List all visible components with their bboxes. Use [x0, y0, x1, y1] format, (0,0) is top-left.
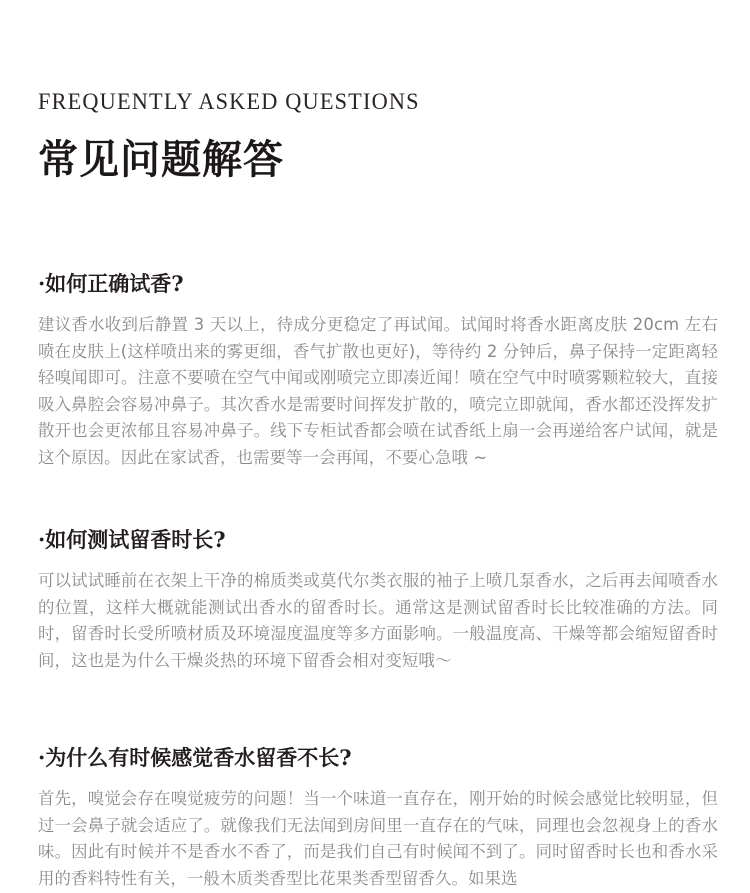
faq-item-how-to-test-scent: ·如何正确试香? 建议香水收到后静置 3 天以上，待成分更稳定了再试闻。试闻时将… — [38, 270, 718, 472]
faq-answer: 可以试试睡前在衣架上干净的棉质类或莫代尔类衣服的袖子上喷几泵香水，之后再去闻喷香… — [38, 568, 718, 674]
faq-question: ·如何正确试香? — [38, 270, 718, 298]
page-title: 常见问题解答 — [38, 136, 284, 184]
faq-question: ·如何测试留香时长? — [38, 526, 718, 554]
faq-answer: 建议香水收到后静置 3 天以上，待成分更稳定了再试闻。试闻时将香水距离皮肤 20… — [38, 312, 718, 472]
faq-page: FREQUENTLY ASKED QUESTIONS 常见问题解答 ·如何正确试… — [0, 0, 750, 893]
faq-item-test-longevity: ·如何测试留香时长? 可以试试睡前在衣架上干净的棉质类或莫代尔类衣服的袖子上喷几… — [38, 526, 718, 674]
faq-item-short-longevity: ·为什么有时候感觉香水留香不长? 首先，嗅觉会存在嗅觉疲劳的问题！当一个味道一直… — [38, 744, 718, 892]
section-eyebrow: FREQUENTLY ASKED QUESTIONS — [38, 90, 420, 114]
faq-answer: 首先，嗅觉会存在嗅觉疲劳的问题！当一个味道一直存在，刚开始的时候会感觉比较明显，… — [38, 786, 718, 892]
faq-question: ·为什么有时候感觉香水留香不长? — [38, 744, 718, 772]
